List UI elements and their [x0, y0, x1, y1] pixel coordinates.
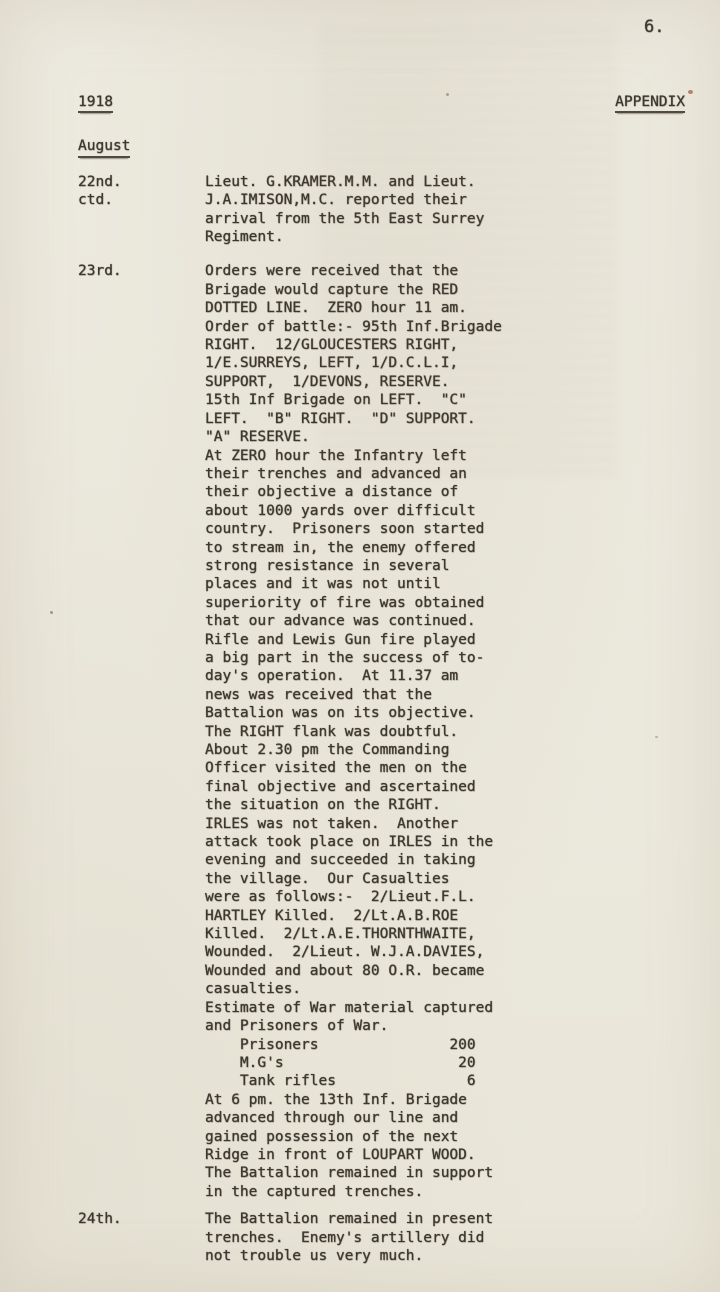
entry-date: 24th.: [78, 1210, 205, 1265]
page-content: 1918 APPENDIX August 22nd. ctd. Lieut. G…: [0, 0, 720, 1265]
page-number: 6.: [644, 16, 664, 38]
entry-date: 23rd.: [78, 262, 205, 1201]
year-heading: 1918: [78, 93, 113, 113]
entry-text: Lieut. G.KRAMER.M.M. and Lieut. J.A.IMIS…: [205, 173, 685, 247]
diary-entry-24th: 24th. The Battalion remained in present …: [78, 1210, 685, 1265]
war-diary-page: 6. 1918 APPENDIX August 22nd. ctd. Lieut…: [0, 0, 720, 1292]
month-heading: August: [78, 137, 130, 157]
page-header: 1918 APPENDIX: [78, 93, 685, 113]
diary-entry-22nd: 22nd. ctd. Lieut. G.KRAMER.M.M. and Lieu…: [78, 173, 685, 247]
entry-date: 22nd. ctd.: [78, 173, 205, 247]
diary-entry-23rd: 23rd. Orders were received that the Brig…: [78, 262, 685, 1201]
entry-text: The Battalion remained in present trench…: [205, 1210, 685, 1265]
entry-text: Orders were received that the Brigade wo…: [205, 262, 685, 1201]
month-row: August: [78, 137, 685, 157]
appendix-heading: APPENDIX: [615, 93, 685, 113]
